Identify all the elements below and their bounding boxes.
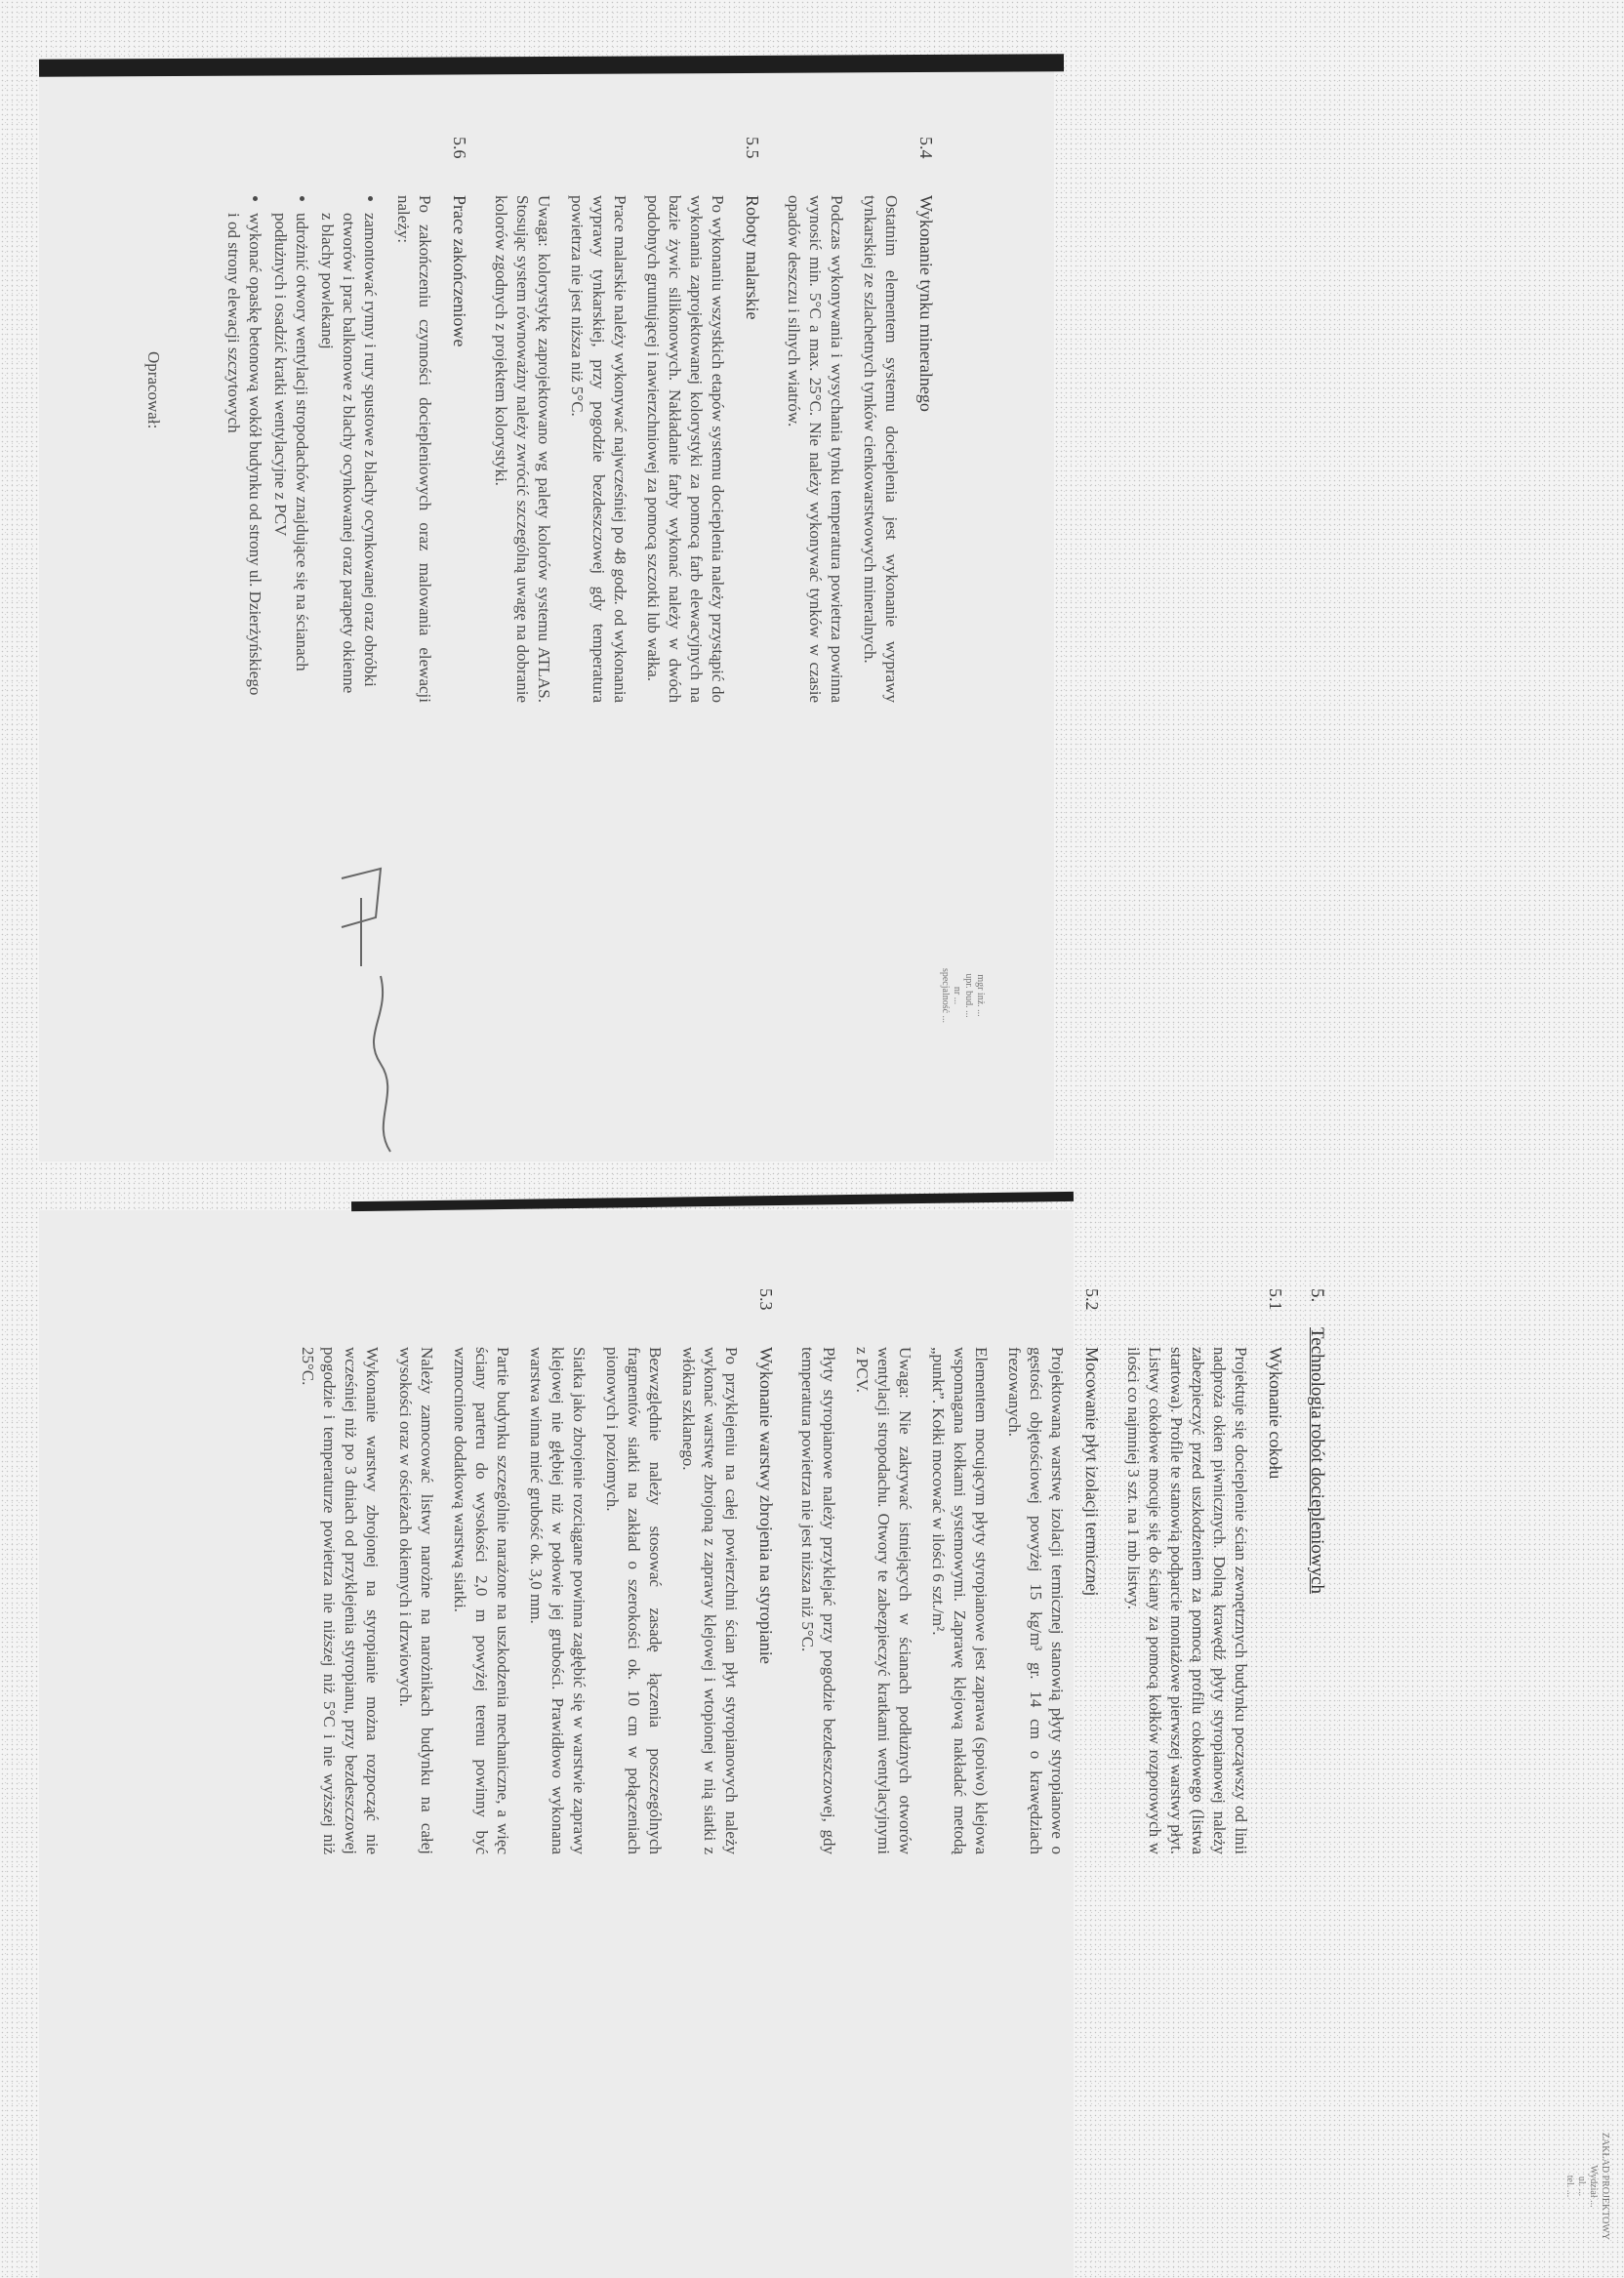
list-item: wykonać opaskę betonową wokół budynku od… xyxy=(223,213,265,701)
author-stamp: mgr inż. ... upr. bud. ... nr ... specja… xyxy=(939,908,986,1083)
paragraph: Prace malarskie należy wykonywać najwcze… xyxy=(566,195,630,703)
paragraph: Ostatnim elementem systemu docieplenia j… xyxy=(859,195,902,703)
paragraph: Siatka jako zbrojenie rozciągane powinna… xyxy=(525,1347,589,1854)
section-5-3: 5.3Wykonanie warstwy zbrojenia na styrop… xyxy=(297,1288,777,2264)
section-title: Roboty malarskie xyxy=(743,195,762,319)
section-title: Prace zakończeniowe xyxy=(450,195,469,346)
stamp-line: nr ... xyxy=(951,908,962,1083)
section-number: 5.4 xyxy=(915,137,937,195)
stamp-line: ZAKŁAD PROJEKTOWY xyxy=(1599,2098,1610,2274)
right-page: 5.Technologia robót dociepleniowych 5.1W… xyxy=(285,1288,1327,2264)
paragraph: Należy zamocować listwy narożne na naroż… xyxy=(394,1347,437,1854)
section-number: 5.3 xyxy=(755,1288,777,1347)
paragraph: Po wykonaniu wszystkich etapów systemu d… xyxy=(642,195,728,703)
section-number: 5.1 xyxy=(1265,1288,1286,1347)
section-number: 5.6 xyxy=(449,137,470,195)
list-item: udrożnić otwory wentylacji stropodachów … xyxy=(269,213,312,701)
note: Uwaga: Nie zakrywać istniejących w ścian… xyxy=(851,1347,915,1854)
paragraph: Płyty styropianowe należy przyklejać prz… xyxy=(796,1347,839,1854)
section-title: Wykonanie tynku mineralnego xyxy=(916,195,936,412)
list-item: zamontować rynny i rury spustowe z blach… xyxy=(316,213,381,701)
paragraph: Projektowaną warstwę izolacji termicznej… xyxy=(1003,1347,1068,1854)
paragraph: Elementem mocującym płyty styropianowe j… xyxy=(927,1347,992,1854)
paragraph: Podczas wykonywania i wysychania tynku t… xyxy=(783,195,847,703)
stamp-line: specjalność ... xyxy=(939,908,951,1083)
stamp-line: ul. ... xyxy=(1575,2098,1587,2274)
paragraph: Po przyklejeniu na całej powierzchni ści… xyxy=(677,1347,742,1854)
paragraph: Po zakończeniu czynności dociepleniowych… xyxy=(392,195,435,703)
company-stamp: ZAKŁAD PROJEKTOWY Wydział ... ul. ... te… xyxy=(1563,2098,1610,2274)
task-list: zamontować rynny i rury spustowe z blach… xyxy=(223,195,381,701)
paragraph: Partie budynku szczególnie narażone na u… xyxy=(449,1347,513,1854)
stamp-line: upr. bud. ... xyxy=(962,908,974,1083)
paragraph: Projektuje się docieplenie ścian zewnętr… xyxy=(1122,1347,1251,1854)
left-page: 5.4Wykonanie tynku mineralnego Ostatnim … xyxy=(142,137,956,1171)
paragraph: Wykonanie warstwy zbrojonej na styropian… xyxy=(297,1347,383,1854)
section-title: Wykonanie cokołu xyxy=(1266,1347,1285,1479)
chapter-title: Technologia robót dociepleniowych xyxy=(1307,1327,1327,1594)
section-5-5: 5.5Roboty malarskie Po wykonaniu wszystk… xyxy=(490,137,763,1171)
chapter-heading: 5.Technologia robót dociepleniowych xyxy=(1306,1288,1327,2264)
note: Uwaga: kolorystykę zaprojektowano wg pal… xyxy=(490,195,554,703)
section-5-1: 5.1Wykonanie cokołu Projektuje się docie… xyxy=(1122,1288,1286,2264)
section-title: Wykonanie warstwy zbrojenia na styropian… xyxy=(756,1347,776,1664)
section-title: Mocowanie płyt izolacji termicznej xyxy=(1082,1347,1102,1596)
section-number: 5.2 xyxy=(1081,1288,1103,1347)
section-5-2: 5.2Mocowanie płyt izolacji termicznej Pr… xyxy=(796,1288,1103,2264)
chapter-number: 5. xyxy=(1306,1288,1327,1327)
paragraph: Bezwzględnie należy stosować zasadę łącz… xyxy=(601,1347,666,1854)
section-5-4: 5.4Wykonanie tynku mineralnego Ostatnim … xyxy=(783,137,937,1171)
section-number: 5.5 xyxy=(742,137,763,195)
signature xyxy=(322,859,478,1181)
stamp-line: mgr inż. ... xyxy=(974,908,986,1083)
signature-label: Opracował: xyxy=(142,351,164,1171)
stamp-line: Wydział ... xyxy=(1587,2098,1599,2274)
stamp-line: tel. ... xyxy=(1563,2098,1575,2274)
